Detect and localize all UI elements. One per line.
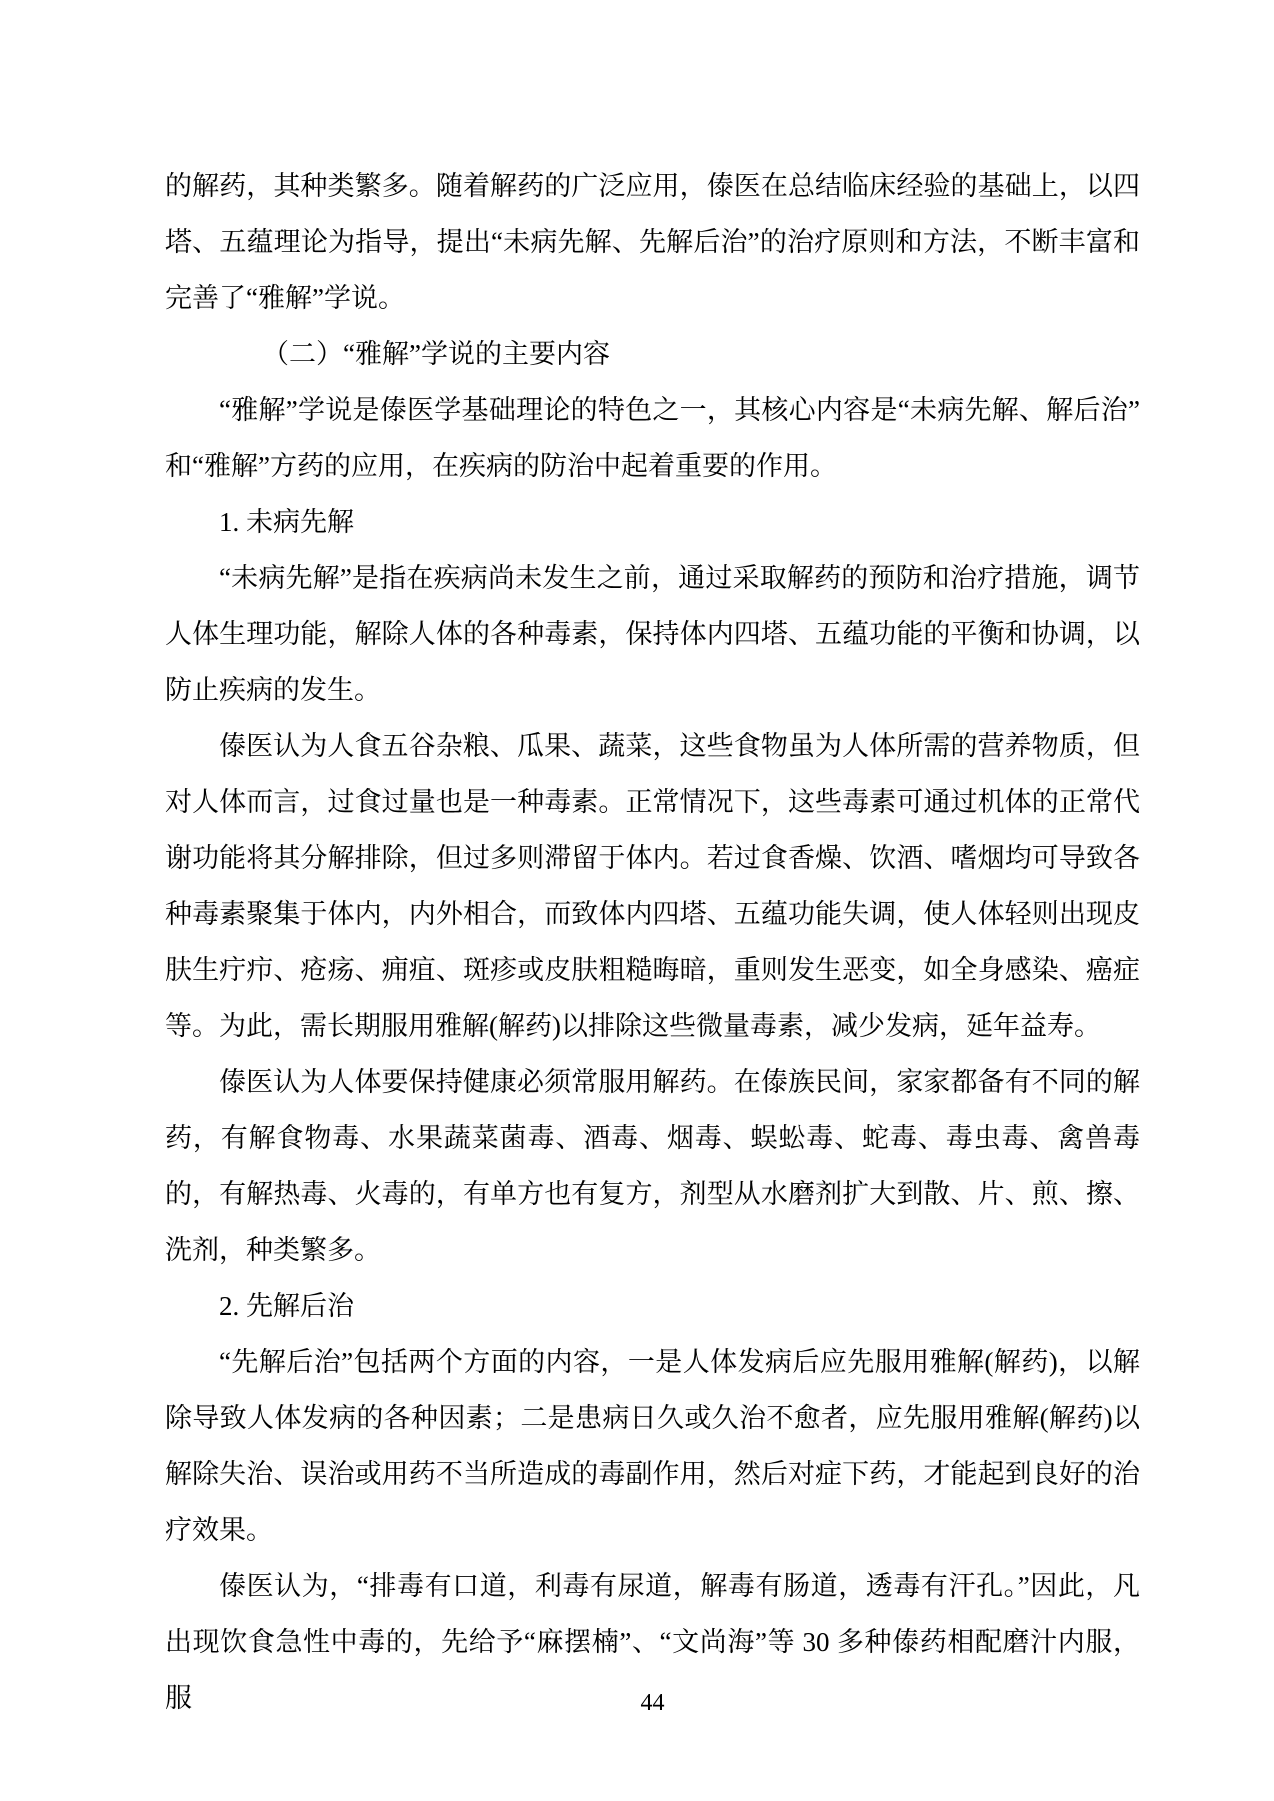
numbered-heading-2: 2. 先解后治 (165, 1278, 1140, 1334)
numbered-heading-1: 1. 未病先解 (165, 494, 1140, 550)
paragraph: 傣医认为人体要保持健康必须常服用解药。在傣族民间，家家都备有不同的解药，有解食物… (165, 1054, 1140, 1278)
paragraph: “雅解”学说是傣医学基础理论的特色之一，其核心内容是“未病先解、解后治”和“雅解… (165, 382, 1140, 494)
page-number: 44 (165, 1686, 1140, 1720)
paragraph: “未病先解”是指在疾病尚未发生之前，通过采取解药的预防和治疗措施，调节人体生理功… (165, 550, 1140, 718)
paragraph: 傣医认为人食五谷杂粮、瓜果、蔬菜，这些食物虽为人体所需的营养物质，但对人体而言，… (165, 718, 1140, 1054)
section-heading: （二）“雅解”学说的主要内容 (165, 326, 1140, 382)
paragraph: “先解后治”包括两个方面的内容，一是人体发病后应先服用雅解(解药)，以解除导致人… (165, 1334, 1140, 1558)
paragraph-continuation: 的解药，其种类繁多。随着解药的广泛应用，傣医在总结临床经验的基础上，以四塔、五蕴… (165, 158, 1140, 326)
document-page: 的解药，其种类繁多。随着解药的广泛应用，傣医在总结临床经验的基础上，以四塔、五蕴… (0, 0, 1274, 1801)
document-body: 的解药，其种类繁多。随着解药的广泛应用，傣医在总结临床经验的基础上，以四塔、五蕴… (165, 158, 1140, 1726)
